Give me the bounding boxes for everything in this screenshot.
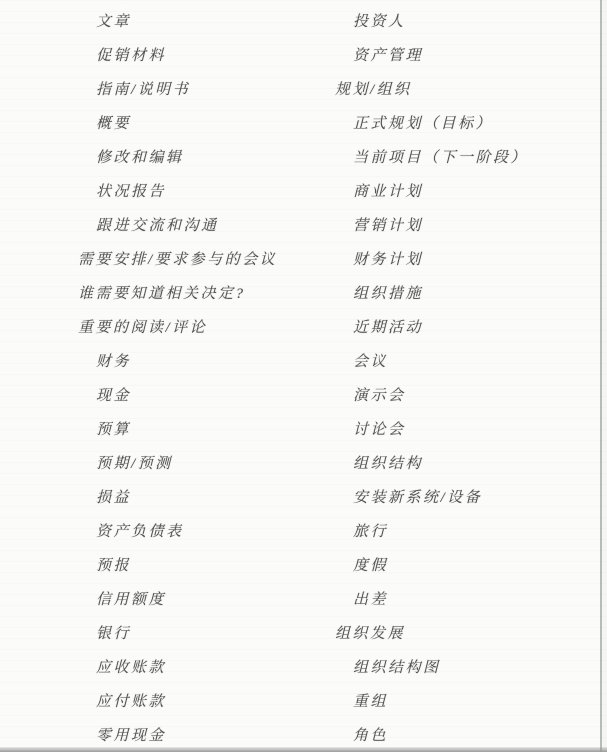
outline-row: 促销材料 资产管理 xyxy=(0,39,607,73)
list-item: 近期活动 xyxy=(353,311,423,345)
list-item: 资产管理 xyxy=(353,39,423,73)
outline-row: 预报 度假 xyxy=(0,549,607,583)
outline-row: 状况报告 商业计划 xyxy=(0,175,607,209)
list-item: 重要的阅读/评论 xyxy=(78,311,207,345)
list-item: 文章 xyxy=(96,5,131,39)
list-item: 组织结构 xyxy=(353,447,423,481)
scan-edge-line xyxy=(600,0,602,752)
scan-bottom-band xyxy=(0,747,607,752)
list-item: 正式规划（目标） xyxy=(353,107,493,141)
list-item: 会议 xyxy=(353,345,388,379)
outline-row: 预算 讨论会 xyxy=(0,413,607,447)
list-item: 状况报告 xyxy=(96,175,166,209)
outline-row: 概要 正式规划（目标） xyxy=(0,107,607,141)
list-item: 商业计划 xyxy=(353,175,423,209)
outline-row: 需要安排/要求参与的会议 财务计划 xyxy=(0,243,607,277)
list-item: 重组 xyxy=(353,685,388,719)
list-item: 银行 xyxy=(96,617,131,651)
outline-row: 重要的阅读/评论 近期活动 xyxy=(0,311,607,345)
list-item: 需要安排/要求参与的会议 xyxy=(78,243,277,277)
list-item: 促销材料 xyxy=(96,39,166,73)
list-item: 旅行 xyxy=(353,515,388,549)
list-item: 资产负债表 xyxy=(96,515,184,549)
list-item: 预期/预测 xyxy=(96,447,173,481)
list-item: 应付账款 xyxy=(96,685,166,719)
outline-row: 信用额度 出差 xyxy=(0,583,607,617)
outline-row: 财务 会议 xyxy=(0,345,607,379)
list-item: 组织结构图 xyxy=(353,651,441,685)
list-item: 财务计划 xyxy=(353,243,423,277)
list-item: 指南/说明书 xyxy=(96,73,190,107)
list-item: 预报 xyxy=(96,549,131,583)
outline-row: 修改和编辑 当前项目（下一阶段） xyxy=(0,141,607,175)
outline-list: 文章 投资人 促销材料 资产管理 指南/说明书 规划/组织 概要 正式规划（目标… xyxy=(0,5,607,752)
list-item: 规划/组织 xyxy=(335,73,412,107)
list-item: 现金 xyxy=(96,379,131,413)
list-item: 谁需要知道相关决定? xyxy=(78,277,246,311)
list-item: 预算 xyxy=(96,413,131,447)
list-item: 出差 xyxy=(353,583,388,617)
outline-row: 现金 演示会 xyxy=(0,379,607,413)
list-item: 讨论会 xyxy=(353,413,406,447)
list-item: 安装新系统/设备 xyxy=(353,481,482,515)
list-item: 度假 xyxy=(353,549,388,583)
list-item: 跟进交流和沟通 xyxy=(96,209,219,243)
list-item: 演示会 xyxy=(353,379,406,413)
outline-row: 谁需要知道相关决定? 组织措施 xyxy=(0,277,607,311)
scanned-page: 文章 投资人 促销材料 资产管理 指南/说明书 规划/组织 概要 正式规划（目标… xyxy=(0,0,607,752)
list-item: 财务 xyxy=(96,345,131,379)
outline-row: 损益 安装新系统/设备 xyxy=(0,481,607,515)
list-item: 概要 xyxy=(96,107,131,141)
list-item: 信用额度 xyxy=(96,583,166,617)
list-item: 组织发展 xyxy=(335,617,405,651)
outline-row: 文章 投资人 xyxy=(0,5,607,39)
list-item: 组织措施 xyxy=(353,277,423,311)
outline-row: 预期/预测 组织结构 xyxy=(0,447,607,481)
list-item: 营销计划 xyxy=(353,209,423,243)
outline-row: 银行 组织发展 xyxy=(0,617,607,651)
outline-row: 应收账款 组织结构图 xyxy=(0,651,607,685)
list-item: 修改和编辑 xyxy=(96,141,184,175)
outline-row: 跟进交流和沟通 营销计划 xyxy=(0,209,607,243)
outline-row: 资产负债表 旅行 xyxy=(0,515,607,549)
outline-row: 指南/说明书 规划/组织 xyxy=(0,73,607,107)
list-item: 投资人 xyxy=(353,5,406,39)
list-item: 损益 xyxy=(96,481,131,515)
list-item: 应收账款 xyxy=(96,651,166,685)
outline-row: 应付账款 重组 xyxy=(0,685,607,719)
list-item: 当前项目（下一阶段） xyxy=(353,141,528,175)
